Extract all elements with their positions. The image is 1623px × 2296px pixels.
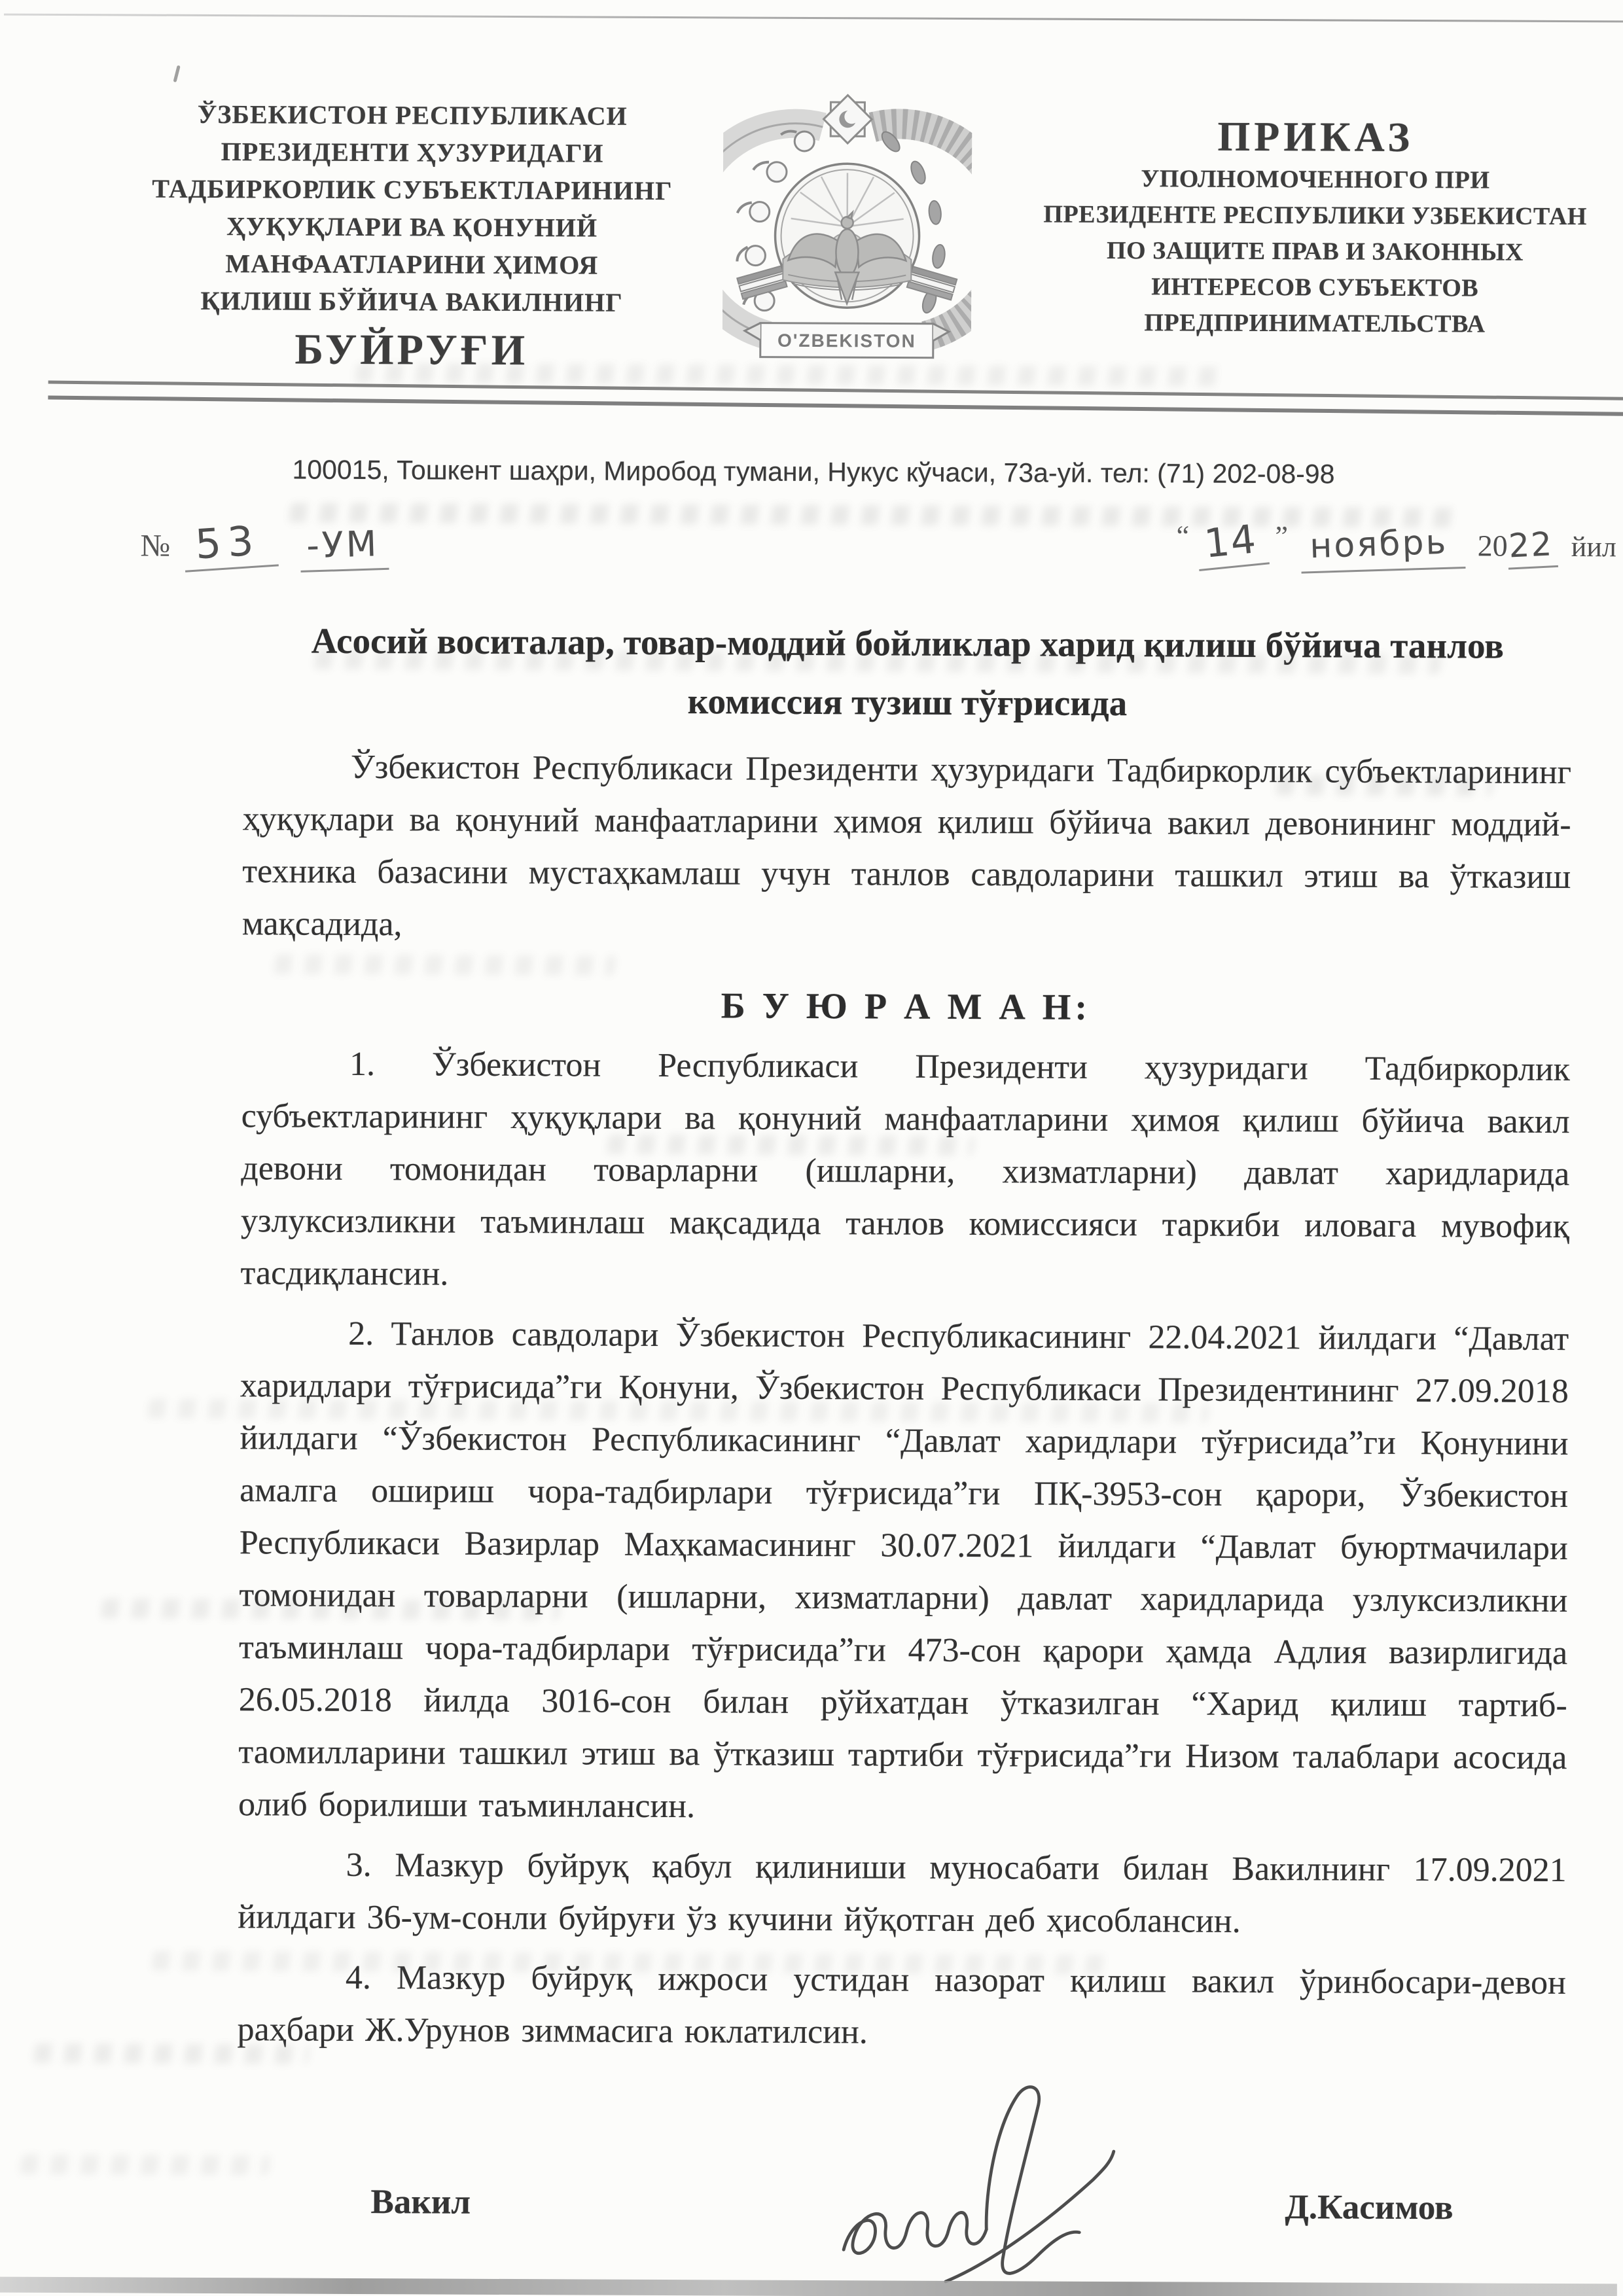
- order-heading: Б У Ю Р А М А Н:: [241, 978, 1570, 1036]
- bleed-through-artifact: [151, 1951, 1109, 1975]
- document-body: Асосий воситалар, товар-моддий бойликлар…: [237, 611, 1572, 2062]
- scan-edge-band: [0, 2277, 1617, 2296]
- star-crescent: [823, 95, 872, 143]
- item-number: 1.: [349, 1046, 375, 1083]
- issuer-line: ҲУҚУҚЛАРИ ВА ҚОНУНИЙ: [130, 207, 693, 247]
- title-line: комиссия тузиш тўғрисида: [243, 670, 1571, 735]
- emblem-banner: O'ZBEKISTON: [745, 323, 949, 358]
- preamble-paragraph: Ўзбекистон Республикаси Президенти ҳузур…: [242, 741, 1571, 956]
- item-text: Мазкур буйруқ қабул қилиниши муносабати …: [238, 1846, 1567, 1940]
- issuer-line: ПРЕЗИДЕНТИ ҲУЗУРИДАГИ: [131, 132, 694, 172]
- handwritten-signature-icon: [820, 2082, 1161, 2293]
- issuer-line: ҚИЛИШ БЎЙИЧА ВАКИЛНИНГ: [130, 281, 693, 321]
- uzbekistan-coat-of-arms-icon: O'ZBEKISTON: [722, 83, 972, 385]
- signatory-name: Д.Касимов: [1285, 2187, 1453, 2227]
- issuer-line: ИНТЕРЕСОВ СУБЪЕКТОВ: [1014, 268, 1616, 307]
- handwritten-order-number: 53: [182, 516, 279, 573]
- issuer-line: ПРЕДПРИНИМАТЕЛЬСТВА: [1014, 304, 1616, 343]
- bleed-through-artifact: [607, 1135, 975, 1156]
- item-number: 2.: [348, 1315, 374, 1352]
- order-item-2: 2. Танлов савдолари Ўзбекистон Республик…: [238, 1307, 1569, 1837]
- document-type-russian: ПРИКАЗ: [1014, 111, 1616, 163]
- year-label: йил: [1571, 531, 1616, 563]
- issuer-title-russian: ПРИКАЗ УПОЛНОМОЧЕННОГО ПРИ ПРЕЗИДЕНТЕ РЕ…: [1014, 111, 1617, 343]
- bleed-through-artifact: [101, 1598, 561, 1620]
- issuer-line: ТАДБИРКОРЛИК СУБЪЕКТЛАРИНИНГ: [131, 169, 694, 209]
- handwritten-year: 22: [1507, 525, 1558, 570]
- item-text: Ўзбекистон Республикаси Президенти ҳузур…: [241, 1046, 1571, 1292]
- signatory-role: Вакил: [370, 2182, 471, 2222]
- scanned-order-document: ЎЗБЕКИСТОН РЕСПУБЛИКАСИ ПРЕЗИДЕНТИ ҲУЗУР…: [0, 0, 1623, 2296]
- handwritten-order-suffix: -УМ: [299, 523, 389, 573]
- bleed-through-artifact: [1275, 775, 1493, 796]
- bleed-through-artifact: [33, 2043, 310, 2064]
- item-number: 3.: [346, 1846, 372, 1884]
- printed-year-prefix: 20: [1478, 529, 1508, 562]
- issuer-title-uzbek: ЎЗБЕКИСТОН РЕСПУБЛИКАСИ ПРЕЗИДЕНТИ ҲУЗУР…: [130, 95, 694, 378]
- number-sign: №: [140, 529, 171, 563]
- issuer-line: ПРЕЗИДЕНТЕ РЕСПУБЛИКИ УЗБЕКИСТАН: [1014, 196, 1616, 235]
- bleed-through-artifact: [355, 363, 1227, 387]
- handwritten-month: ноябрь: [1300, 522, 1465, 574]
- stray-pen-mark: [173, 65, 181, 82]
- issuer-line: ПО ЗАЩИТЕ ПРАВ И ЗАКОННЫХ: [1014, 232, 1616, 271]
- scan-edge-line: [4, 14, 1623, 23]
- order-item-1: 1. Ўзбекистон Республикаси Президенти ҳу…: [240, 1038, 1570, 1305]
- address-line: 100015, Тошкент шаҳри, Миробод тумани, Н…: [2, 453, 1623, 491]
- bleed-through-artifact: [20, 2155, 270, 2176]
- issuer-line: МАНФААТЛАРИНИ ҲИМОЯ: [130, 244, 693, 284]
- bleed-through-artifact: [289, 503, 1455, 528]
- header-divider-rule: [48, 381, 1623, 416]
- order-number: № 53 -УМ: [140, 518, 388, 572]
- order-item-3: 3. Мазкур буйруқ қабул қилиниши муносаба…: [238, 1839, 1567, 1949]
- issuer-line: ЎЗБЕКИСТОН РЕСПУБЛИКАСИ: [131, 95, 694, 135]
- emblem-banner-text: O'ZBEKISTON: [777, 330, 916, 351]
- issuer-line: УПОЛНОМОЧЕННОГО ПРИ: [1014, 160, 1616, 199]
- item-text: Танлов савдолари Ўзбекистон Республикаси…: [238, 1315, 1569, 1825]
- bleed-through-artifact: [274, 954, 616, 975]
